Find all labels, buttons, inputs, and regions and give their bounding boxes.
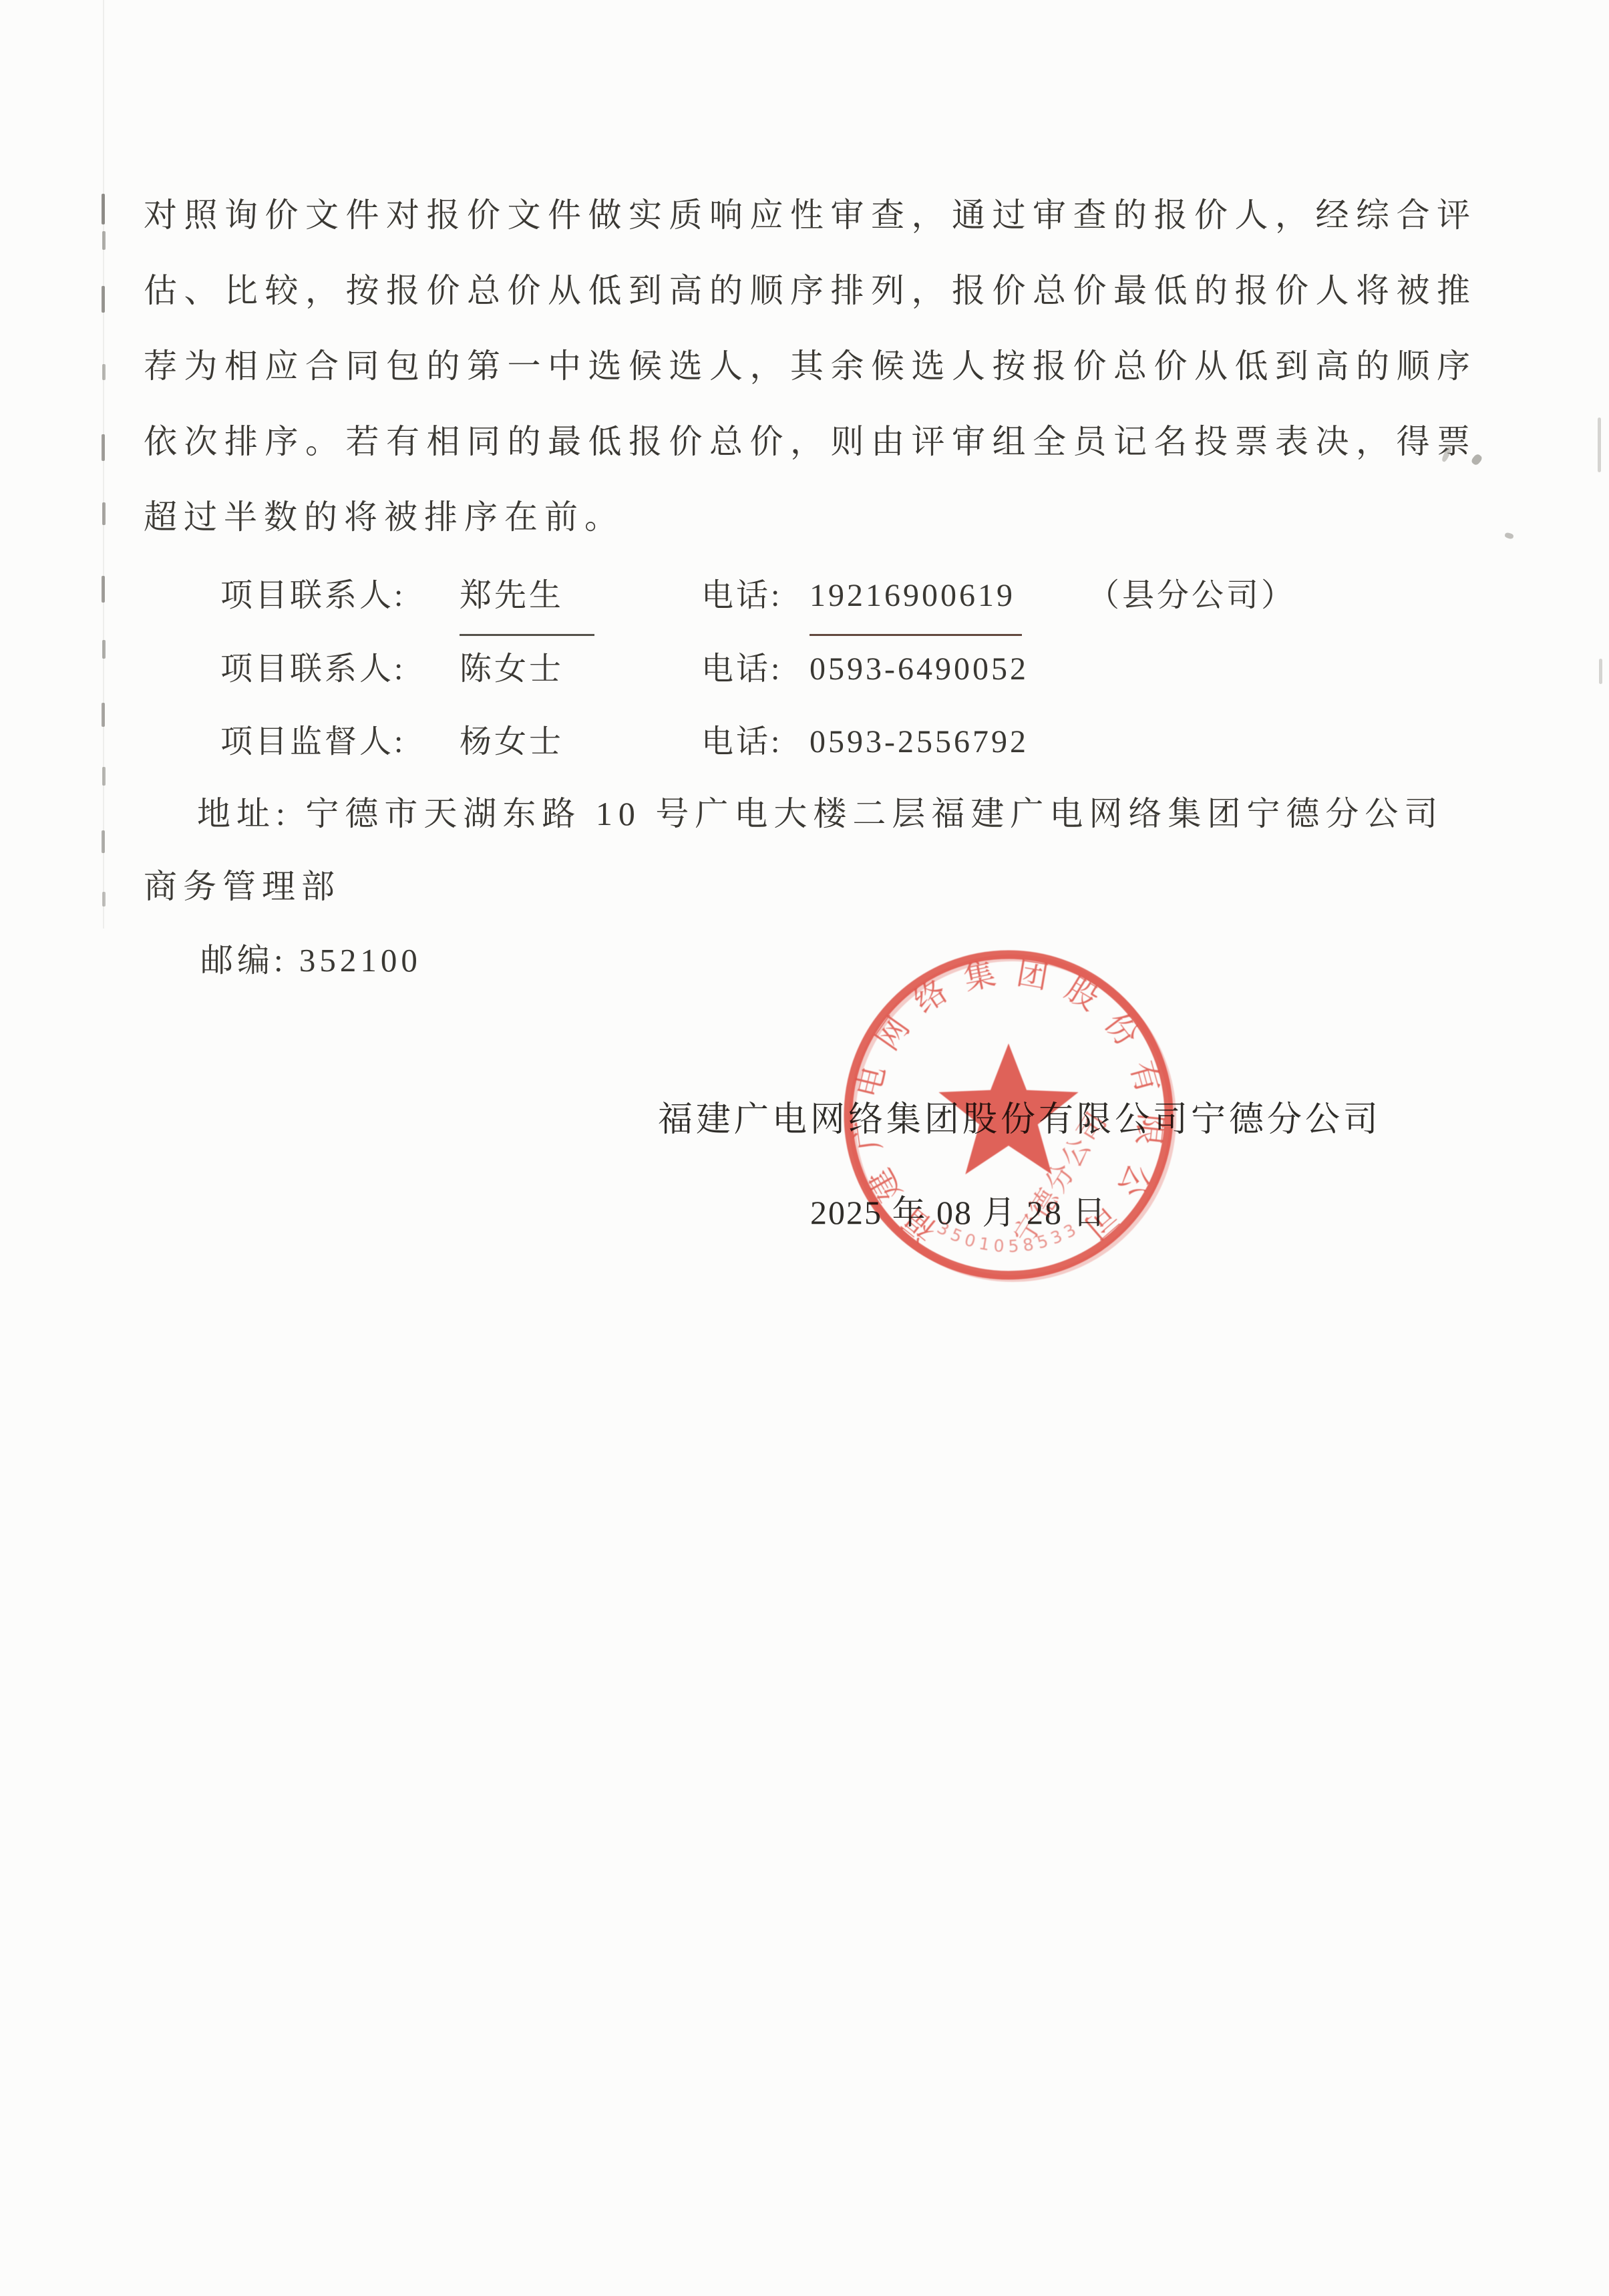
contact-row: 项目联系人: 陈女士 电话: 0593-6490052	[0, 633, 1609, 706]
address-wrap-line: 商务管理部	[144, 850, 341, 923]
paragraph-line: 荐为相应合同包的第一中选候选人，其余候选人按报价总价从低到高的顺序	[144, 329, 1471, 404]
scan-artifact	[102, 364, 106, 380]
contact-name: 陈女士	[460, 633, 564, 706]
scan-edge-line	[103, 0, 104, 929]
scan-artifact	[1504, 532, 1514, 539]
signature-date: 2025 年 08 月 28 日	[810, 1176, 1107, 1249]
paragraph-line: 对照询价文件对报价文件做实质响应性审查，通过审查的报价人，经综合评	[144, 178, 1471, 253]
phone-label: 电话:	[701, 705, 782, 779]
scan-artifact	[102, 830, 105, 853]
phone-number: 0593-6490052	[810, 633, 1029, 706]
scanned-document-page: 对照询价文件对报价文件做实质响应性审查，通过审查的报价人，经综合评 估、比较，按…	[0, 0, 1609, 2296]
scan-artifact	[102, 767, 106, 786]
scan-artifact	[102, 194, 105, 224]
paragraph-line: 估、比较，按报价总价从低到高的顺序排列，报价总价最低的报价人将被推	[144, 253, 1471, 329]
scan-artifact	[102, 434, 105, 461]
contact-label: 项目监督人:	[220, 705, 405, 779]
scan-artifact	[102, 640, 106, 659]
scan-artifact	[102, 286, 105, 313]
paragraph-line: 依次排序。若有相同的最低报价总价，则由评审组全员记名投票表决，得票	[144, 404, 1471, 480]
scan-artifact	[1470, 453, 1483, 466]
scan-artifact	[1598, 418, 1601, 472]
scan-artifact	[102, 892, 106, 907]
contact-name: 杨女士	[460, 705, 564, 779]
contact-name: 郑先生	[460, 559, 594, 636]
contact-label: 项目联系人:	[220, 559, 405, 633]
phone-label: 电话:	[701, 633, 782, 706]
scan-artifact	[102, 576, 105, 603]
paragraph-line: 超过半数的将被排序在前。	[144, 480, 1471, 555]
phone-number: 19216900619	[810, 559, 1022, 636]
contact-suffix: （县分公司）	[1087, 559, 1296, 633]
scan-artifact	[102, 703, 105, 727]
scan-artifact	[102, 502, 106, 525]
body-paragraph: 对照询价文件对报价文件做实质响应性审查，通过审查的报价人，经综合评 估、比较，按…	[144, 178, 1471, 555]
postal-code-line: 邮编: 352100	[200, 924, 421, 997]
contact-label: 项目联系人:	[220, 633, 405, 706]
scan-artifact	[102, 231, 106, 250]
address-line: 地址: 宁德市天湖东路 10 号广电大楼二层福建广电网络集团宁德分公司	[197, 777, 1443, 850]
phone-label: 电话:	[701, 559, 782, 633]
contact-row: 项目联系人: 郑先生 电话: 19216900619 （县分公司）	[0, 559, 1609, 633]
phone-number: 0593-2556792	[810, 705, 1029, 779]
contact-row: 项目监督人: 杨女士 电话: 0593-2556792	[0, 705, 1609, 779]
scan-artifact	[1599, 659, 1602, 684]
signature-company: 福建广电网络集团股份有限公司宁德分公司	[658, 1084, 1381, 1157]
